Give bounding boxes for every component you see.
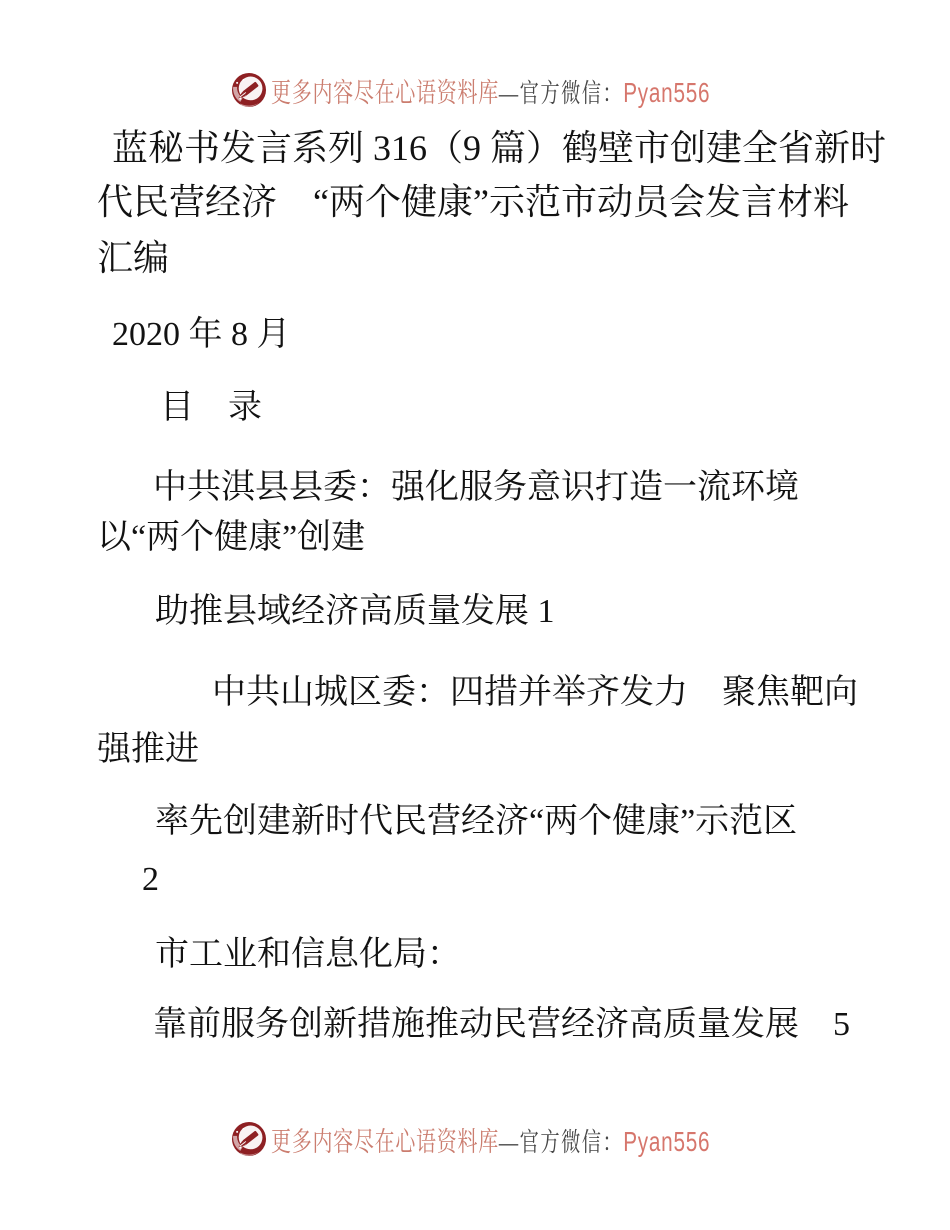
toc-line: 率先创建新时代民营经济“两个健康”示范区 bbox=[155, 800, 797, 844]
pen-nib-logo-icon bbox=[230, 71, 268, 109]
doc-title-line-3: 汇编 bbox=[97, 236, 169, 280]
toc-line: 以“两个健康”创建 bbox=[97, 516, 365, 560]
watermark-divider: — bbox=[499, 1128, 520, 1158]
doc-title-line-1: 蓝秘书发言系列 316（9 篇）鹤壁市创建全省新时 bbox=[112, 126, 886, 170]
watermark-wechat-id: Pyan556 bbox=[623, 1126, 710, 1158]
doc-date: 2020 年 8 月 bbox=[112, 313, 291, 357]
header-watermark: 更多内容尽在心语资料库—官方微信：Pyan556 bbox=[230, 68, 865, 112]
footer-watermark: 更多内容尽在心语资料库—官方微信：Pyan556 bbox=[230, 1117, 865, 1161]
watermark-brand-text: 更多内容尽在心语资料库 bbox=[271, 1120, 499, 1159]
watermark-brand-text: 更多内容尽在心语资料库 bbox=[271, 71, 499, 110]
toc-line: 市工业和信息化局： bbox=[155, 933, 461, 977]
watermark-divider: — bbox=[499, 79, 520, 109]
watermark-wechat-label: 官方微信： bbox=[520, 73, 624, 110]
footer-watermark-text: 更多内容尽在心语资料库—官方微信：Pyan556 bbox=[271, 1120, 710, 1159]
header-watermark-text: 更多内容尽在心语资料库—官方微信：Pyan556 bbox=[271, 71, 710, 110]
toc-line: 强推进 bbox=[97, 728, 199, 772]
doc-title-line-2: 代民营经济 “两个健康”示范市动员会发言材料 bbox=[97, 180, 849, 224]
toc-line: 2 bbox=[142, 858, 159, 902]
toc-heading: 目 录 bbox=[160, 386, 262, 430]
document-page: 更多内容尽在心语资料库—官方微信：Pyan556 蓝秘书发言系列 316（9 篇… bbox=[0, 0, 950, 1230]
toc-line: 助推县域经济高质量发展 1 bbox=[155, 590, 555, 634]
toc-line: 靠前服务创新措施推动民营经济高质量发展 5 bbox=[153, 1003, 850, 1047]
watermark-wechat-label: 官方微信： bbox=[520, 1122, 624, 1159]
watermark-wechat-id: Pyan556 bbox=[623, 77, 710, 109]
pen-nib-logo-icon bbox=[230, 1120, 268, 1158]
toc-line: 中共淇县县委：强化服务意识打造一流环境 bbox=[153, 466, 799, 510]
toc-line: 中共山城区委：四措并举齐发力 聚焦靶向 bbox=[212, 671, 858, 715]
